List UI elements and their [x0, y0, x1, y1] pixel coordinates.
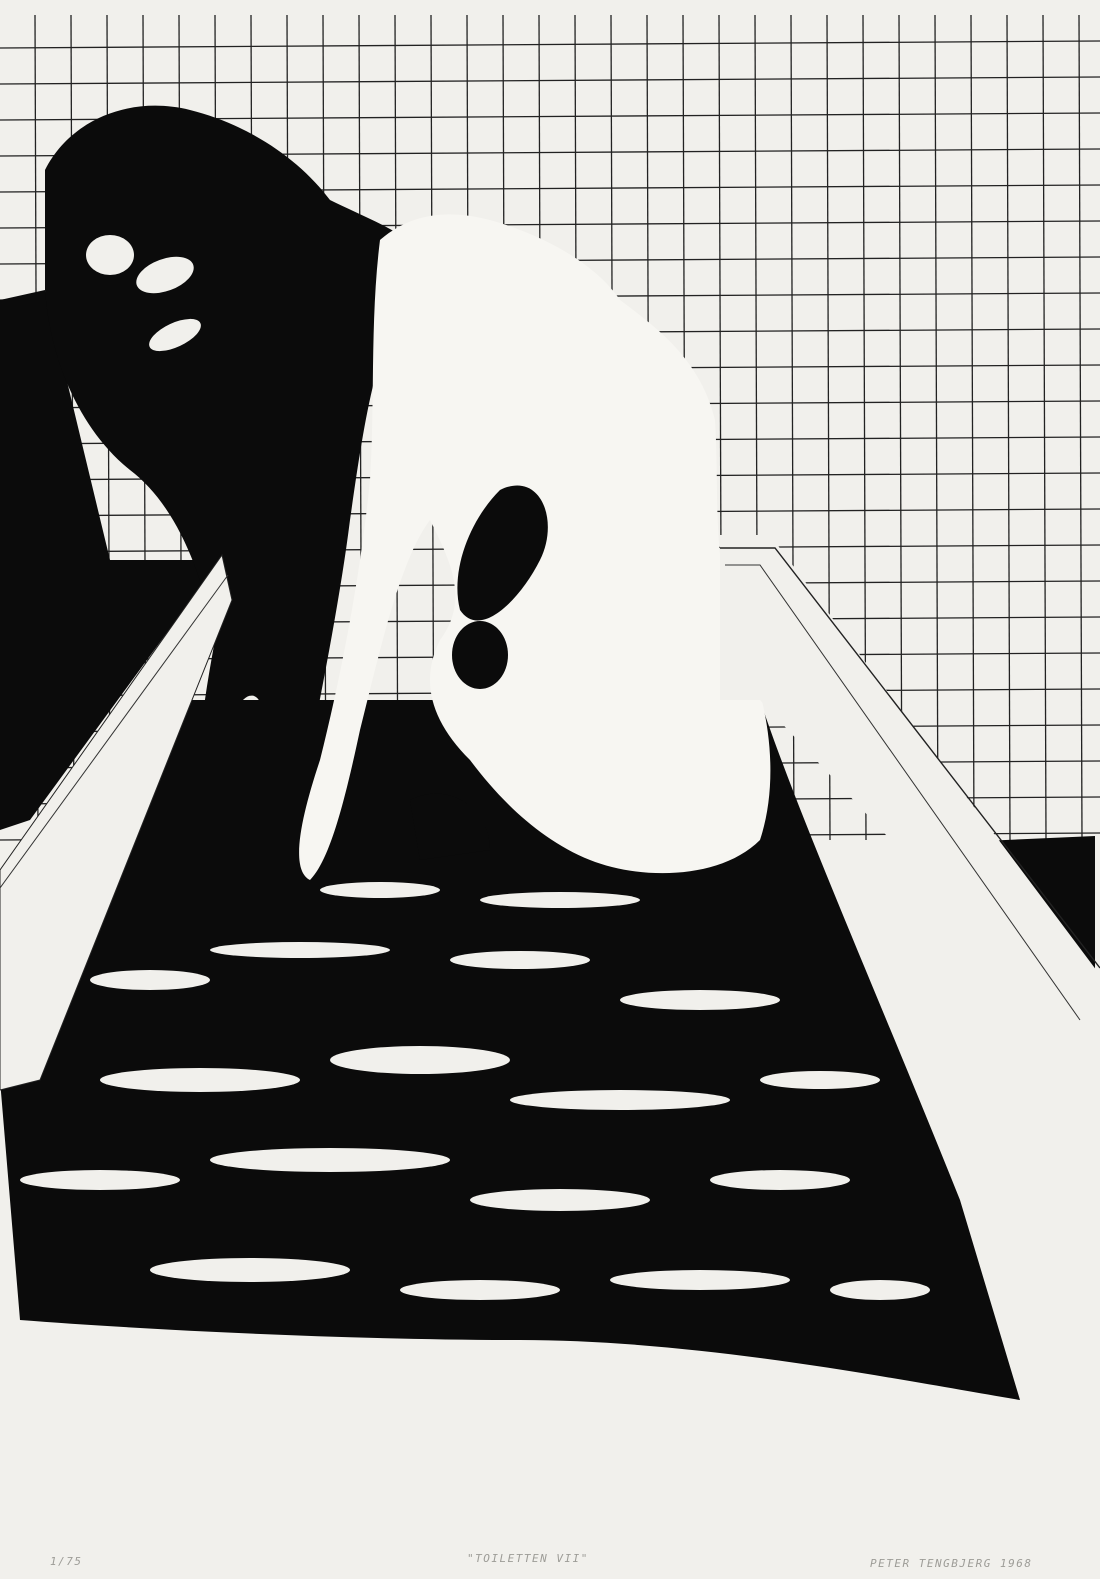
edition-number: 1/75 [50, 1555, 83, 1568]
lithograph-artwork [0, 0, 1100, 1579]
artist-signature: Peter Tengbjerg 1968 [870, 1557, 1032, 1570]
artwork-title: "Toiletten VII" [467, 1552, 589, 1565]
figure-shadow [452, 621, 508, 689]
face-highlight [86, 235, 134, 275]
